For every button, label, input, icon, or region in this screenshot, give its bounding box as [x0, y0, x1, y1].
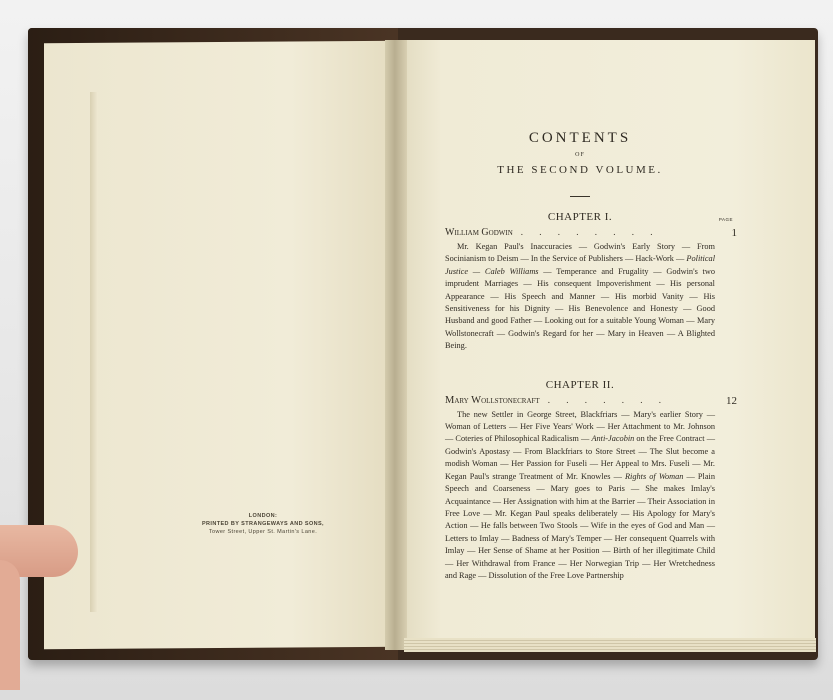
- leader-dots: . . . . . . .: [540, 395, 715, 405]
- summary-text: Mr. Kegan Paul's Inaccuracies — Godwin's…: [445, 242, 715, 263]
- chapter-summary: The new Settler in George Street, Blackf…: [445, 409, 715, 583]
- title-rule: [570, 196, 590, 197]
- entry-title: William Godwin: [445, 227, 513, 238]
- page-column-label: PAGE: [719, 217, 733, 222]
- imprint-line-1: LONDON:: [168, 512, 358, 520]
- printer-imprint: LONDON: PRINTED BY STRANGEWAYS AND SONS,…: [168, 512, 358, 536]
- imprint-line-3: Tower Street, Upper St. Martin's Lane.: [168, 528, 358, 536]
- leader-dots: . . . . . . . .: [513, 227, 715, 237]
- summary-text: — Temperance and Frugality — Godwin's tw…: [445, 267, 715, 350]
- page-subtitle: THE SECOND VOLUME.: [445, 164, 715, 176]
- title-of: OF: [445, 152, 715, 158]
- chapter-summary: Mr. Kegan Paul's Inaccuracies — Godwin's…: [445, 241, 715, 353]
- contents-page: CONTENTS OF THE SECOND VOLUME. CHAPTER I…: [445, 130, 715, 582]
- summary-italic: Rights of Woman: [625, 472, 683, 481]
- page-number: 1: [717, 227, 737, 239]
- page-stack-edge: [404, 638, 816, 652]
- left-page-edge: [90, 92, 98, 612]
- imprint-line-2: PRINTED BY STRANGEWAYS AND SONS,: [168, 520, 358, 528]
- summary-text: — Plain Speech and Coarseness — Mary goe…: [445, 472, 715, 580]
- toc-entry: PAGE William Godwin . . . . . . . . 1: [445, 227, 715, 238]
- page-number: 12: [717, 395, 737, 407]
- chapter-2: CHAPTER II. Mary Wollstonecraft . . . . …: [445, 379, 715, 583]
- toc-entry: Mary Wollstonecraft . . . . . . . 12: [445, 395, 715, 406]
- chapter-heading: CHAPTER II.: [445, 379, 715, 391]
- page-title: CONTENTS: [445, 130, 715, 147]
- hand-palm: [0, 560, 20, 690]
- entry-title: Mary Wollstonecraft: [445, 395, 540, 406]
- chapter-heading: CHAPTER I.: [445, 211, 715, 223]
- summary-italic: Anti-Jacobin: [591, 434, 634, 443]
- book-gutter: [385, 40, 407, 650]
- chapter-1: CHAPTER I. PAGE William Godwin . . . . .…: [445, 211, 715, 353]
